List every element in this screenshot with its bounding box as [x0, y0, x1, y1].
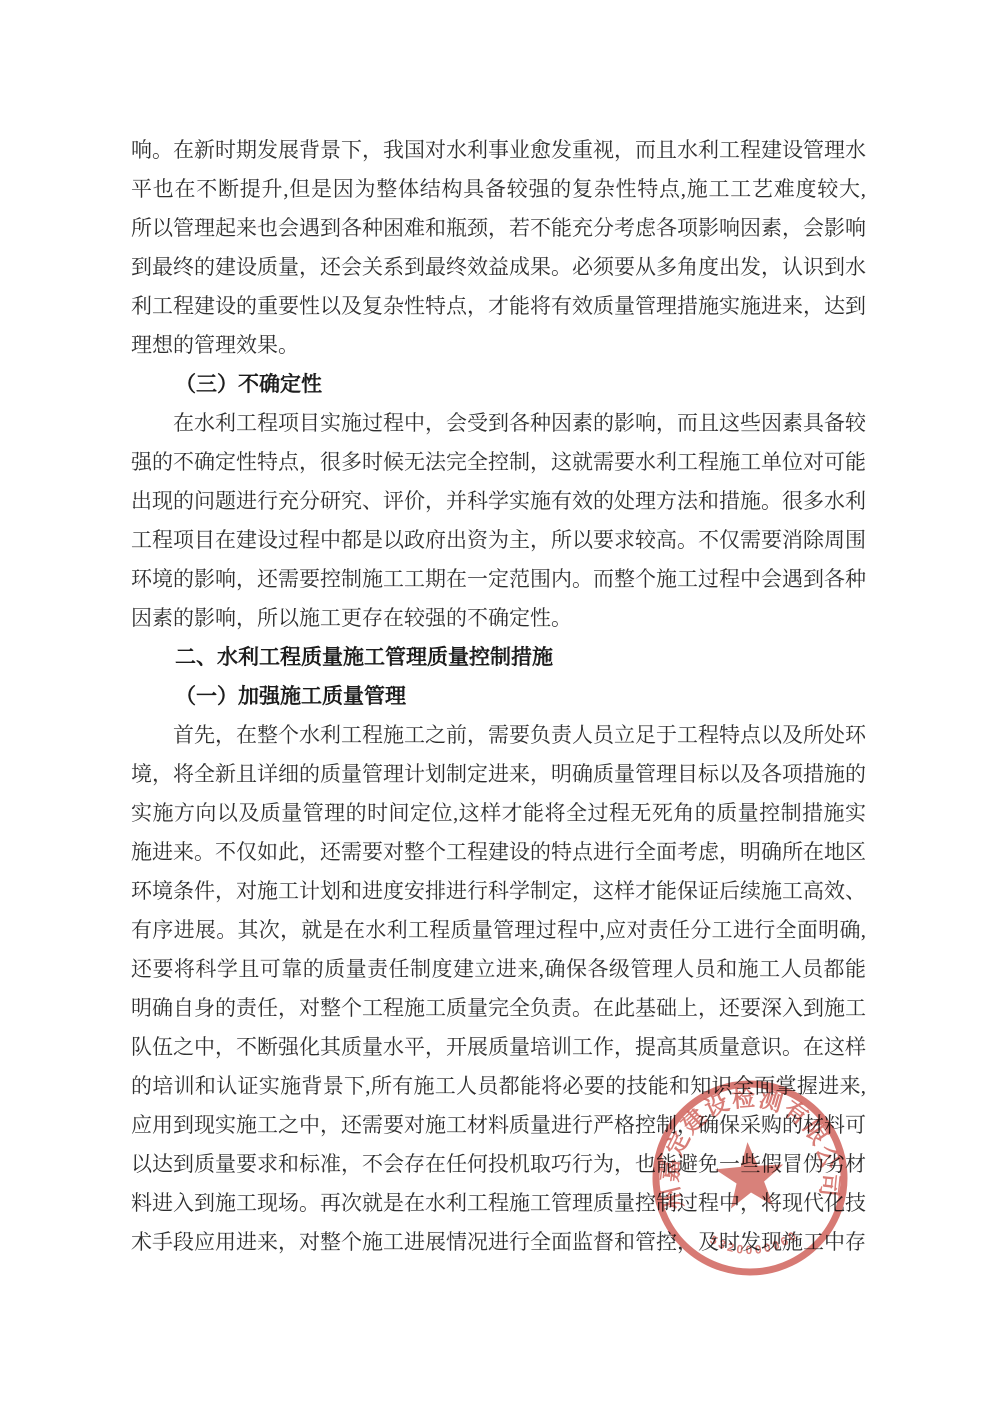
text-line: 到最终的建设质量，还会关系到最终效益成果。必须要从多角度出发，认识到水	[131, 248, 866, 287]
text-line: 所以管理起来也会遇到各种困难和瓶颈，若不能充分考虑各项影响因素，会影响	[131, 209, 866, 248]
text-line: 环境条件，对施工计划和进度安排进行科学制定，这样才能保证后续施工高效、	[131, 872, 866, 911]
text-line: 首先，在整个水利工程施工之前，需要负责人员立足于工程特点以及所处环	[131, 716, 866, 755]
text-line: 实施方向以及质量管理的时间定位,这样才能将全过程无死角的质量控制措施实	[131, 794, 866, 833]
text-line: 因素的影响，所以施工更存在较强的不确定性。	[131, 599, 866, 638]
text-line: 理想的管理效果。	[131, 326, 866, 365]
heading-uncertainty: （三）不确定性	[131, 365, 866, 404]
text-line: 队伍之中，不断强化其质量水平，开展质量培训工作，提高其质量意识。在这样	[131, 1028, 866, 1067]
text-line: 施进来。不仅如此，还需要对整个工程建设的特点进行全面考虑，明确所在地区	[131, 833, 866, 872]
heading-strengthen-quality-management: （一）加强施工质量管理	[131, 677, 866, 716]
text-line: 有序进展。其次，就是在水利工程质量管理过程中,应对责任分工进行全面明确,	[131, 911, 866, 950]
text-line: 平也在不断提升,但是因为整体结构具备较强的复杂性特点,施工工艺难度较大,	[131, 170, 866, 209]
company-seal-stamp: 州嘉定建设检测有限公司 5320000060	[638, 1066, 862, 1290]
stamp-star-icon	[713, 1140, 786, 1210]
text-line: 响。在新时期发展背景下，我国对水利事业愈发重视，而且水利工程建设管理水	[131, 131, 866, 170]
text-line: 环境的影响，还需要控制施工工期在一定范围内。而整个施工过程中会遇到各种	[131, 560, 866, 599]
para-uncertainty: 在水利工程项目实施过程中，会受到各种因素的影响，而且这些因素具备较强的不确定性特…	[131, 404, 866, 638]
text-line: 利工程建设的重要性以及复杂性特点，才能将有效质量管理措施实施进来，达到	[131, 287, 866, 326]
heading-section-two: 二、水利工程质量施工管理质量控制措施	[131, 638, 866, 677]
text-line: 强的不确定性特点，很多时候无法完全控制，这就需要水利工程施工单位对可能	[131, 443, 866, 482]
para-complexity-continued: 响。在新时期发展背景下，我国对水利事业愈发重视，而且水利工程建设管理水平也在不断…	[131, 131, 866, 365]
document-page: 响。在新时期发展背景下，我国对水利事业愈发重视，而且水利工程建设管理水平也在不断…	[0, 0, 1000, 1413]
text-line: 境，将全新且详细的质量管理计划制定进来，明确质量管理目标以及各项措施的	[131, 755, 866, 794]
text-line: 出现的问题进行充分研究、评价，并科学实施有效的处理方法和措施。很多水利	[131, 482, 866, 521]
text-line: 明确自身的责任，对整个工程施工质量完全负责。在此基础上，还要深入到施工	[131, 989, 866, 1028]
text-line: 在水利工程项目实施过程中，会受到各种因素的影响，而且这些因素具备较	[131, 404, 866, 443]
text-line: 还要将科学且可靠的质量责任制度建立进来,确保各级管理人员和施工人员都能	[131, 950, 866, 989]
text-line: 工程项目在建设过程中都是以政府出资为主，所以要求较高。不仅需要消除周围	[131, 521, 866, 560]
stamp-serial-number: 5320000060	[707, 1227, 803, 1261]
